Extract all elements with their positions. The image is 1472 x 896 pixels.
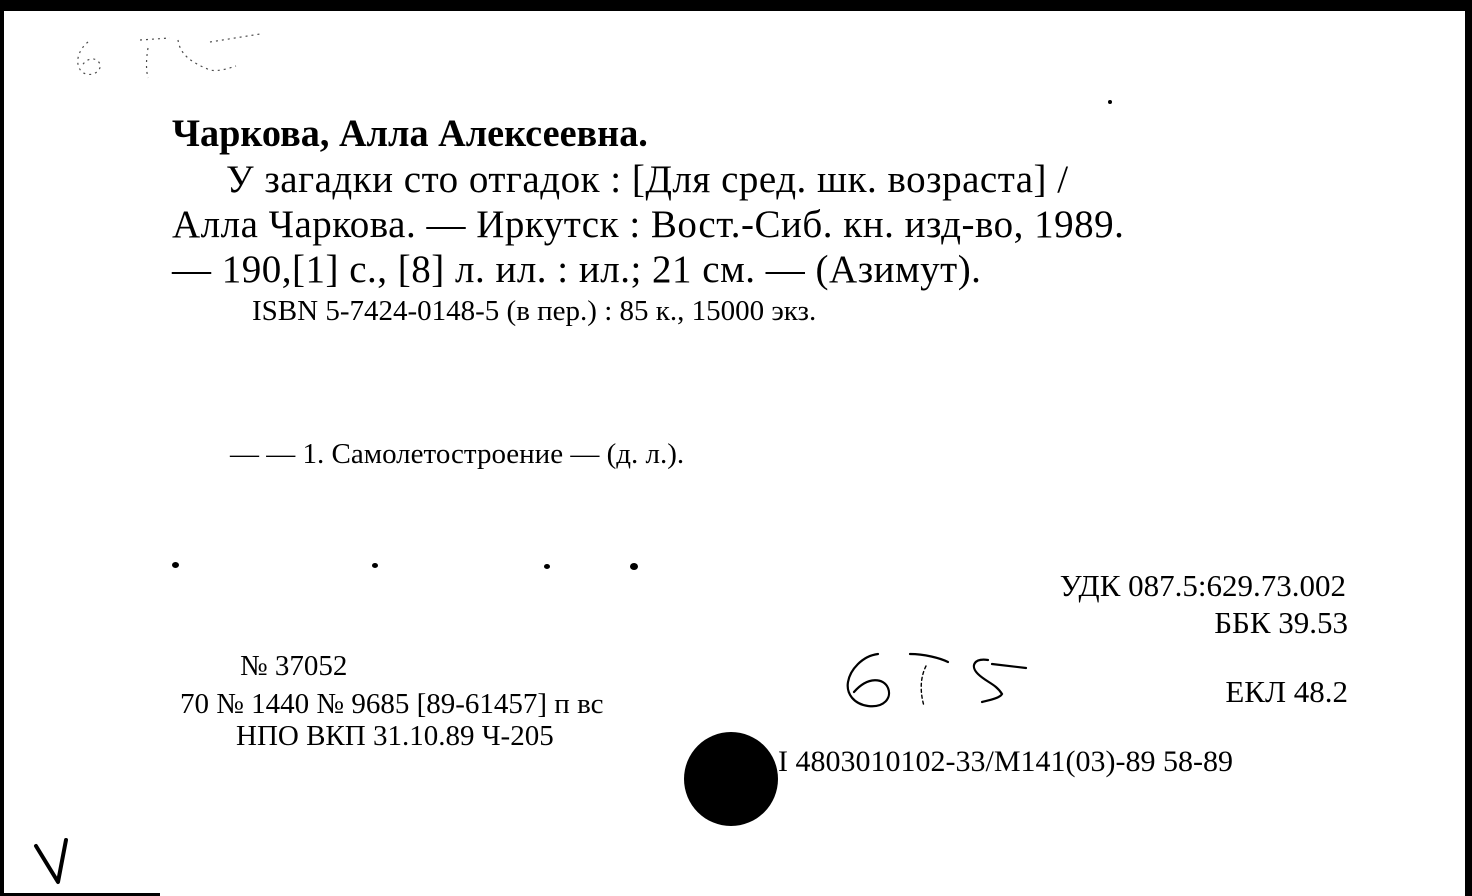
ekl-code: ЕКЛ 48.2 <box>1225 676 1348 707</box>
scan-border-top <box>0 0 1472 11</box>
responsibility-line: Алла Чаркова. — Иркутск : Вост.-Сиб. кн.… <box>172 205 1124 244</box>
catalog-code-line: I 4803010102-33/M141(03)-89 58-89 <box>778 747 1233 777</box>
registration-number: № 37052 <box>240 652 347 681</box>
order-numbers: 70 № 1440 № 9685 [89-61457] п вс <box>180 690 603 719</box>
physical-description-line: — 190,[1] с., [8] л. ил. : ил.; 21 см. —… <box>172 250 981 289</box>
author-heading: Чаркова, Алла Алексеевна. <box>172 114 648 153</box>
isbn-line: ISBN 5-7424-0148-5 (в пер.) : 85 к., 150… <box>252 297 816 326</box>
speck <box>1108 100 1112 104</box>
handwritten-check-mark <box>32 836 72 888</box>
scan-border-left <box>0 0 4 896</box>
speck <box>172 562 179 568</box>
faint-handwritten-number <box>60 20 260 90</box>
handwritten-number-675 <box>840 648 1030 718</box>
subject-heading: — — 1. Самолетостроение — (д. л.). <box>230 440 684 469</box>
speck <box>372 563 378 568</box>
punch-hole <box>684 732 778 826</box>
title-line: У загадки сто отгадок : [Для сред. шк. в… <box>226 160 1069 199</box>
scan-border-right <box>1465 0 1472 896</box>
speck <box>544 564 550 569</box>
printing-info: НПО ВКП 31.10.89 Ч-205 <box>236 722 554 751</box>
speck <box>630 563 638 570</box>
udk-code: УДК 087.5:629.73.002 <box>1060 570 1346 601</box>
bbk-code: ББК 39.53 <box>1214 607 1348 638</box>
